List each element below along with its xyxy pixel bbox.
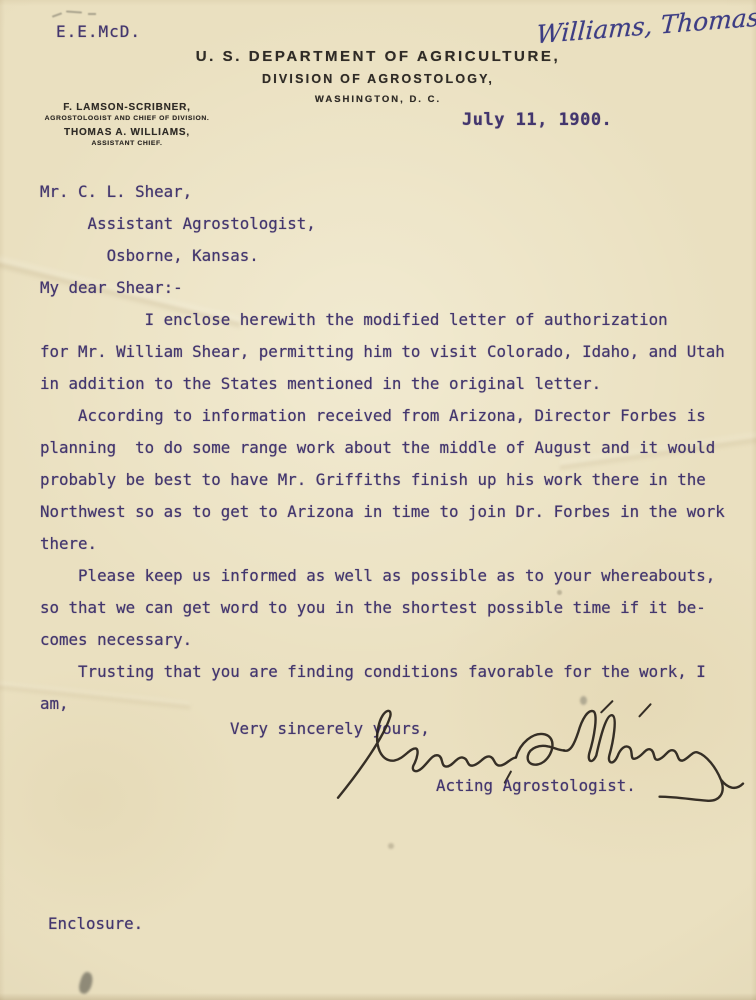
date-line: July 11, 1900.: [462, 110, 612, 130]
typed-line: so that we can get word to you in the sh…: [40, 592, 750, 624]
typed-line: am,: [40, 688, 750, 720]
official-title: ASSISTANT CHIEF.: [18, 140, 236, 147]
enclosure-note: Enclosure.: [48, 914, 143, 933]
letterhead-officials: F. LAMSON-SCRIBNER, AGROSTOLOGIST AND CH…: [18, 102, 236, 152]
typed-line: there.: [40, 528, 750, 560]
official-name: F. LAMSON-SCRIBNER,: [18, 102, 236, 113]
signed-title: Acting Agrostologist.: [436, 776, 636, 795]
letterhead: U. S. DEPARTMENT OF AGRICULTURE, DIVISIO…: [0, 48, 756, 105]
typed-line: planning to do some range work about the…: [40, 432, 750, 464]
handwritten-filing-annotation: Williams, Thomas A: [536, 0, 756, 49]
typed-line: Assistant Agrostologist,: [40, 208, 750, 240]
typed-line: Please keep us informed as well as possi…: [40, 560, 750, 592]
typed-line: comes necessary.: [40, 624, 750, 656]
staple-mark: [52, 8, 98, 20]
typed-line: Northwest so as to get to Arizona in tim…: [40, 496, 750, 528]
typed-line: Mr. C. L. Shear,: [40, 176, 750, 208]
typed-line: for Mr. William Shear, permitting him to…: [40, 336, 750, 368]
typed-line: According to information received from A…: [40, 400, 750, 432]
typist-initials: E.E.McD.: [56, 22, 141, 41]
typed-line: in addition to the States mentioned in t…: [40, 368, 750, 400]
official-title: AGROSTOLOGIST AND CHIEF OF DIVISION.: [18, 115, 236, 122]
letter-body: Mr. C. L. Shear, Assistant Agrostologist…: [40, 176, 750, 720]
valediction: Very sincerely yours,: [230, 719, 430, 738]
typed-line: Osborne, Kansas.: [40, 240, 750, 272]
typed-line: My dear Shear:-: [40, 272, 750, 304]
official-name: THOMAS A. WILLIAMS,: [18, 127, 236, 138]
letter-page: E.E.McD. Williams, Thomas A U. S. DEPART…: [0, 0, 756, 1000]
ink-smudge: [77, 971, 95, 996]
letterhead-department: U. S. DEPARTMENT OF AGRICULTURE,: [0, 48, 756, 65]
typed-line: Trusting that you are finding conditions…: [40, 656, 750, 688]
typed-line: I enclose herewith the modified letter o…: [40, 304, 750, 336]
paper-speck: [388, 843, 394, 849]
typed-line: probably be best to have Mr. Griffiths f…: [40, 464, 750, 496]
letterhead-division: DIVISION OF AGROSTOLOGY,: [0, 72, 756, 86]
